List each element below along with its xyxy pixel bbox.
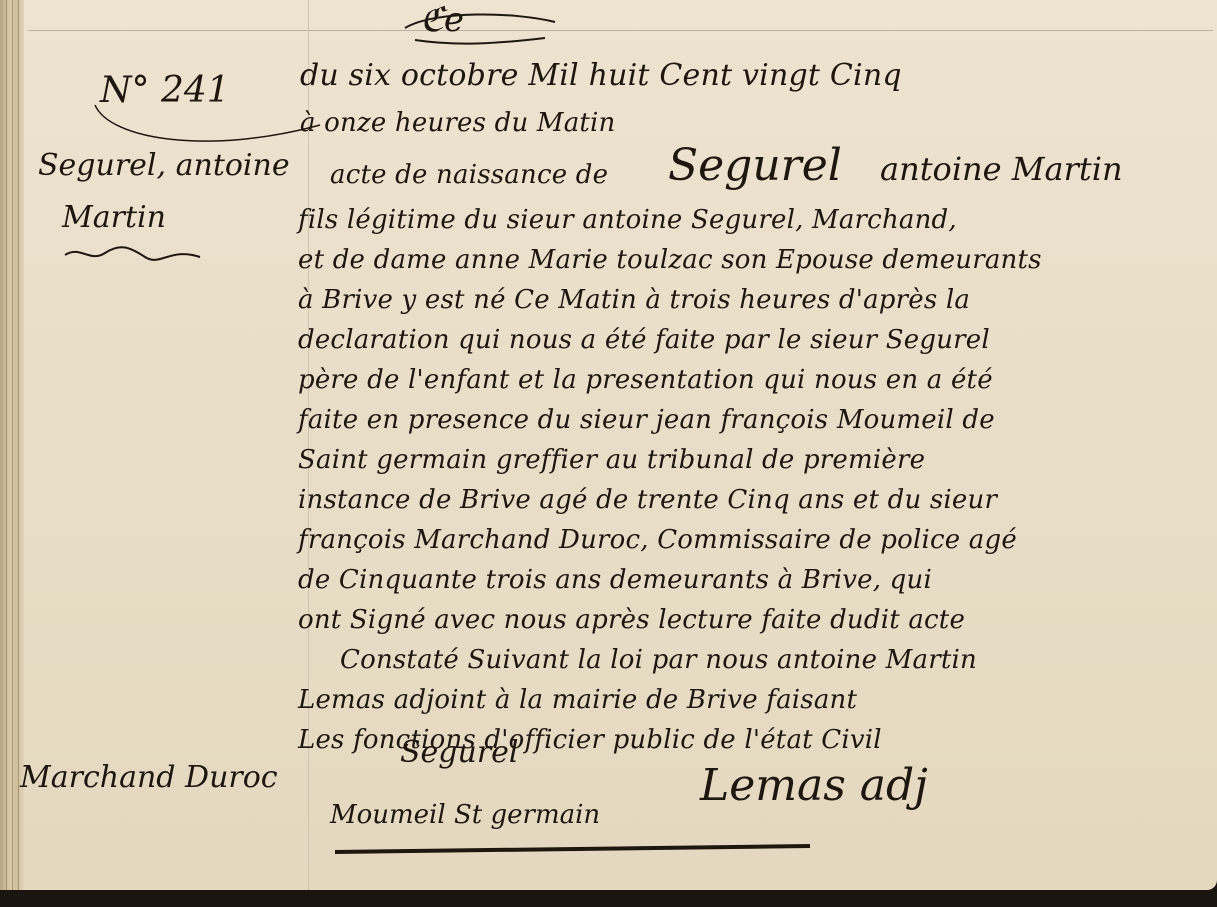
text-line: acte de naissance de bbox=[330, 160, 608, 190]
margin-name: Segurel, antoine bbox=[38, 148, 290, 183]
text-line: à onze heures du Matin bbox=[300, 108, 616, 138]
top-rule bbox=[28, 30, 1213, 31]
signature-marchand: Marchand Duroc bbox=[20, 760, 278, 795]
text-line: declaration qui nous a été faite par le … bbox=[298, 325, 990, 355]
text-line: Constaté Suivant la loi par nous antoine… bbox=[340, 645, 977, 675]
text-line: faite en presence du sieur jean françois… bbox=[298, 405, 995, 435]
text-line: de Cinquante trois ans demeurants à Briv… bbox=[298, 565, 932, 595]
text-line: fils légitime du sieur antoine Segurel, … bbox=[298, 205, 957, 235]
signature-lemas: Lemas adj bbox=[700, 760, 928, 811]
text-line: Saint germain greffier au tribunal de pr… bbox=[298, 445, 925, 475]
flourish-icon bbox=[395, 10, 565, 50]
binding-line bbox=[18, 0, 19, 890]
text-line: ont Signé avec nous après lecture faite … bbox=[298, 605, 965, 635]
signature-underline-icon bbox=[330, 840, 830, 860]
child-given: antoine Martin bbox=[880, 150, 1123, 188]
margin-underline-icon bbox=[60, 245, 210, 265]
child-surname: Segurel bbox=[668, 140, 842, 191]
text-line: françois Marchand Duroc, Commissaire de … bbox=[298, 525, 1017, 555]
text-line: à Brive y est né Ce Matin à trois heures… bbox=[298, 285, 970, 315]
signature-moumeil: Moumeil St germain bbox=[330, 800, 600, 830]
text-line: Lemas adjoint à la mairie de Brive faisa… bbox=[298, 685, 857, 715]
text-line: instance de Brive agé de trente Cinq ans… bbox=[298, 485, 997, 515]
text-line: père de l'enfant et la presentation qui … bbox=[298, 365, 993, 395]
margin-surname: Segurel, bbox=[38, 148, 166, 183]
text-line: du six octobre Mil huit Cent vingt Cinq bbox=[300, 58, 902, 93]
binding-line bbox=[6, 0, 7, 890]
margin-given: antoine bbox=[176, 148, 290, 183]
register-page: ℭe N° 241 Segurel, antoine Martin du six… bbox=[0, 0, 1217, 890]
margin-given2: Martin bbox=[62, 200, 166, 235]
binding-line bbox=[12, 0, 13, 890]
text-line: et de dame anne Marie toulzac son Epouse… bbox=[298, 245, 1042, 275]
signature-segurel: Segurel bbox=[400, 735, 519, 770]
text-line: Les fonctions d'officier public de l'éta… bbox=[298, 725, 882, 755]
